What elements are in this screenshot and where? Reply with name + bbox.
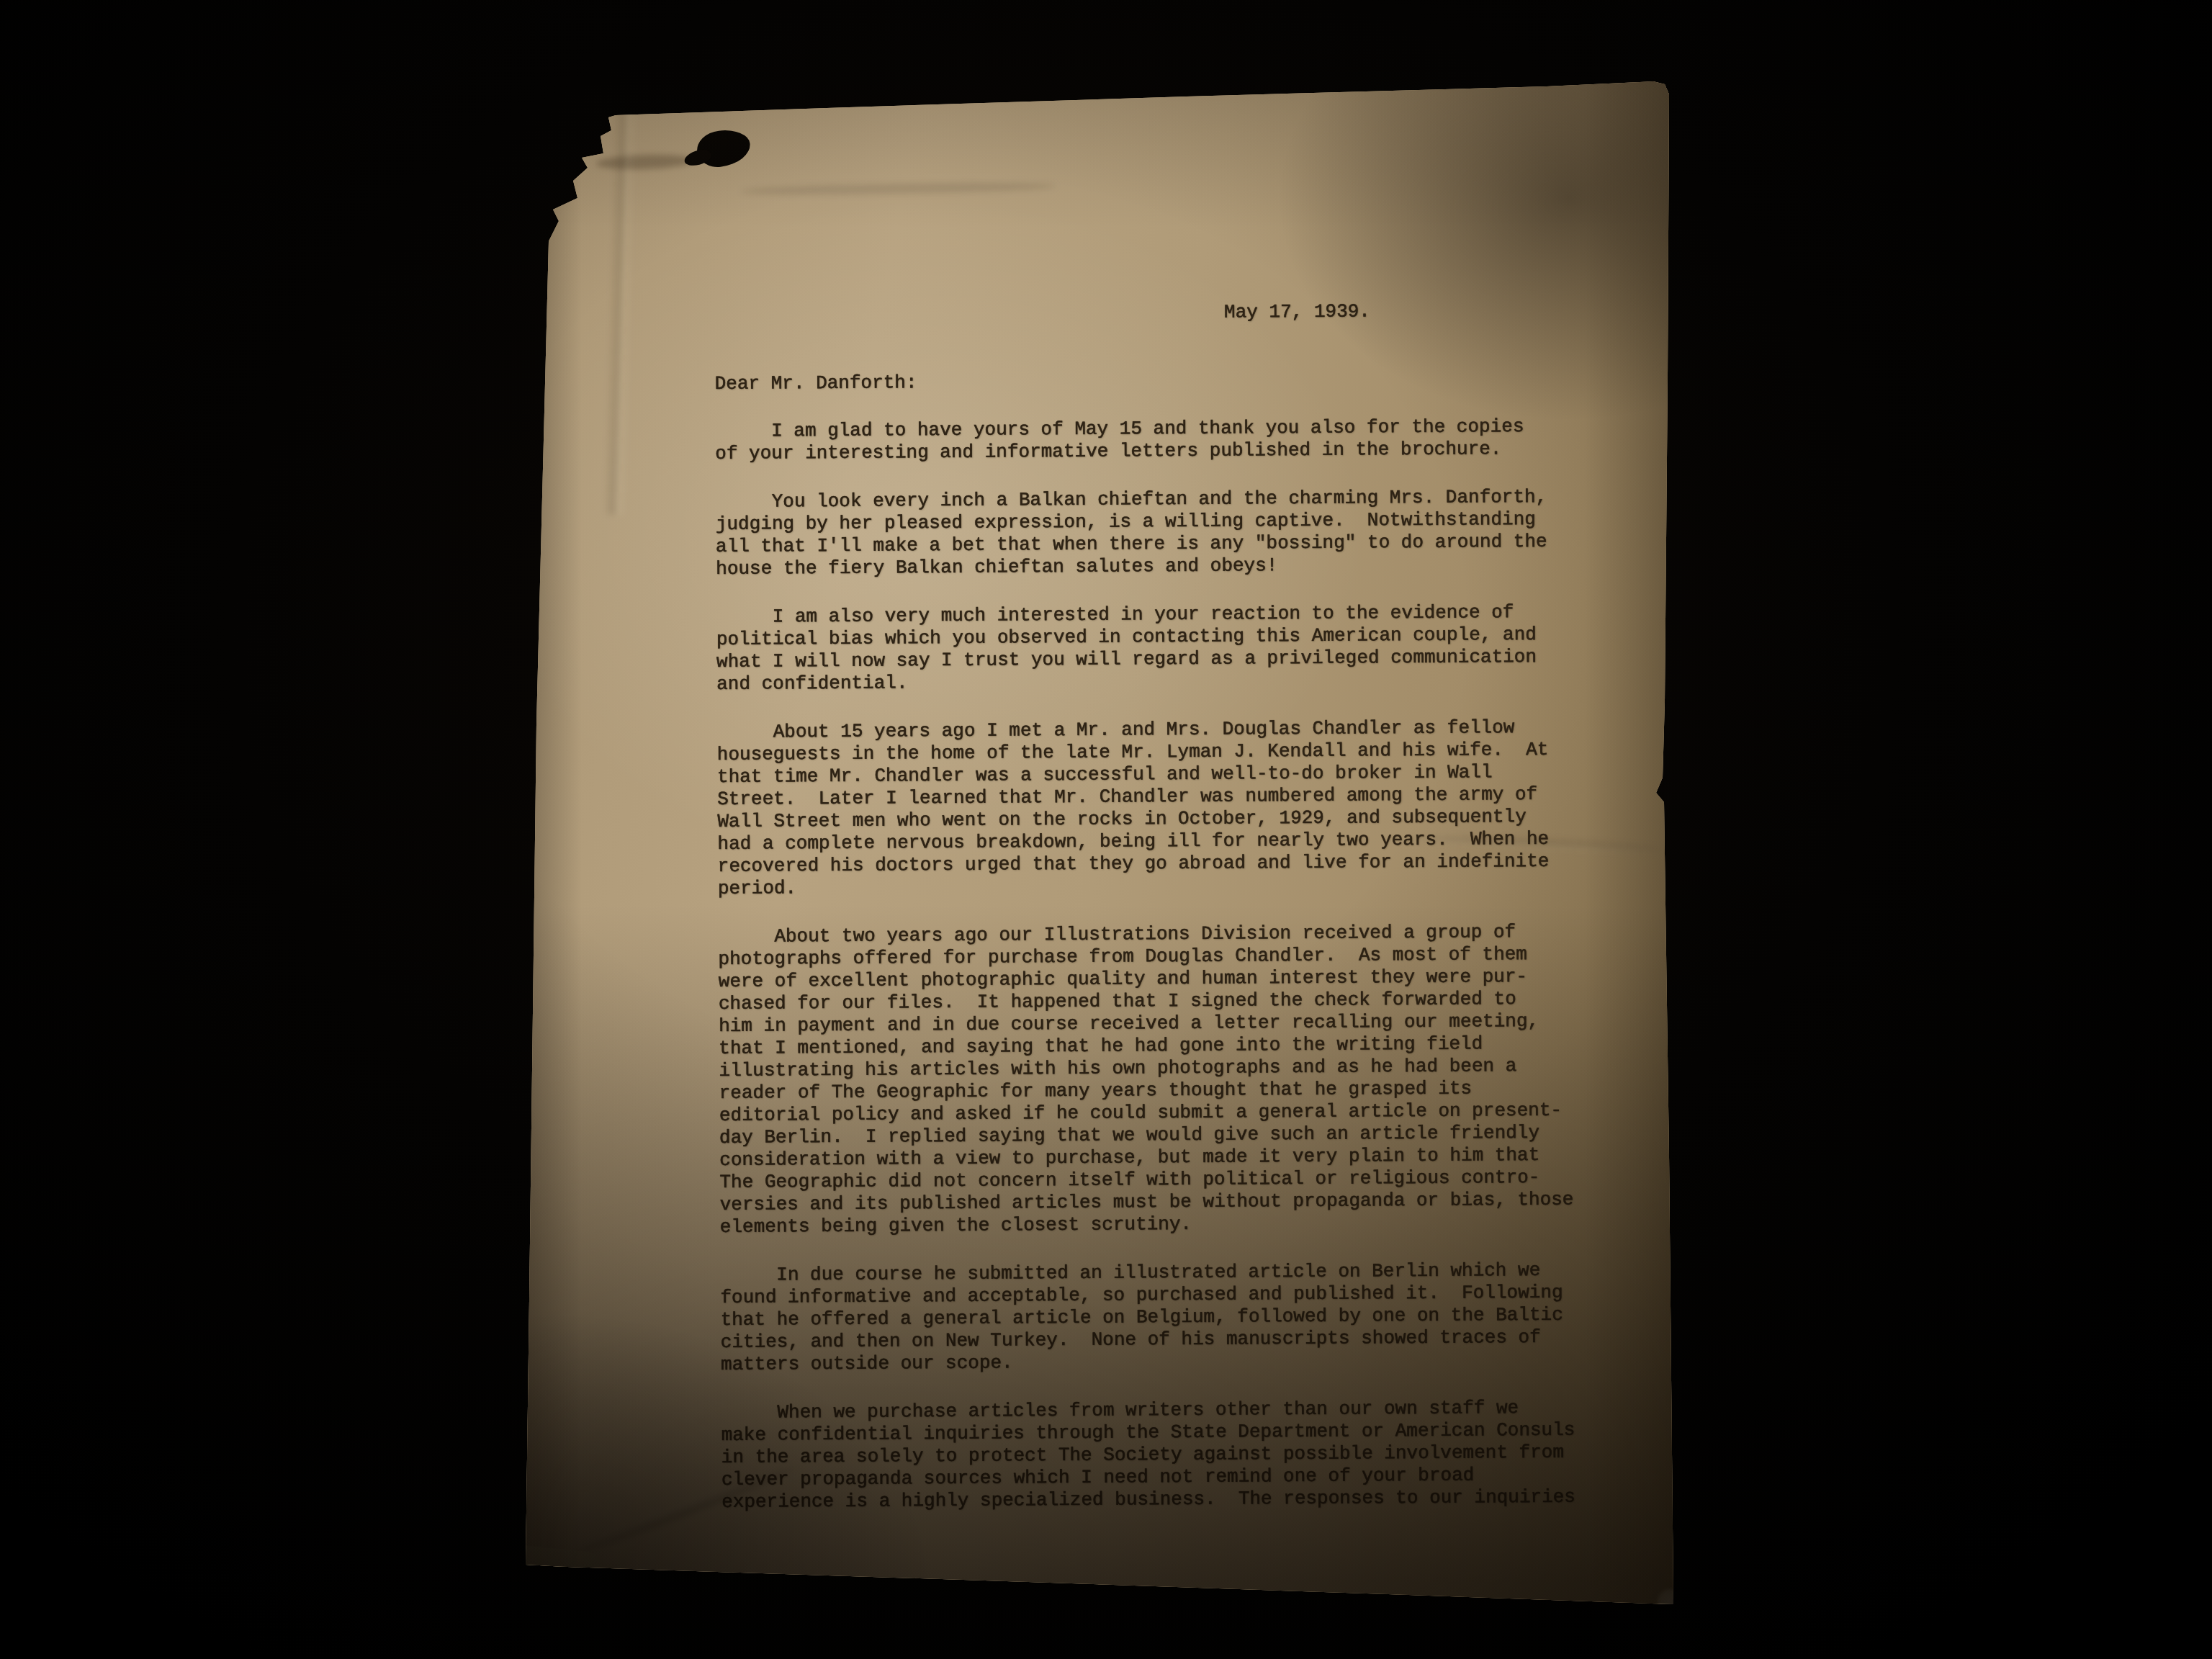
paragraph: When we purchase articles from writers o… bbox=[721, 1396, 1650, 1514]
photo-scene: May 17, 1939. Dear Mr. Danforth: I am gl… bbox=[0, 0, 2212, 1659]
ink-smudge bbox=[596, 153, 694, 171]
paper-crack bbox=[523, 73, 557, 98]
paper-crease bbox=[604, 112, 637, 516]
paragraph: I am glad to have yours of May 15 and th… bbox=[715, 415, 1644, 465]
typed-line: house the fiery Balkan chieftan salutes … bbox=[716, 552, 1645, 580]
typed-line: and confidential. bbox=[716, 667, 1645, 696]
letter-salutation: Dear Mr. Danforth: bbox=[715, 367, 1644, 395]
typed-line: elements being given the closest scrutin… bbox=[720, 1210, 1649, 1238]
typed-line: of your interesting and informative lett… bbox=[715, 437, 1644, 465]
letter-paragraphs: I am glad to have yours of May 15 and th… bbox=[715, 415, 1650, 1514]
paragraph: About two years ago our Illustrations Di… bbox=[718, 920, 1649, 1238]
letter-paper: May 17, 1939. Dear Mr. Danforth: I am gl… bbox=[524, 76, 1676, 1609]
corner-curl bbox=[1656, 1588, 1678, 1609]
typed-line: experience is a highly specialized busin… bbox=[721, 1485, 1650, 1514]
paragraph: I am also very much interested in your r… bbox=[716, 601, 1646, 696]
paragraph: You look every inch a Balkan chieftan an… bbox=[716, 485, 1645, 580]
paragraph: In due course he submitted an illustrate… bbox=[720, 1259, 1650, 1376]
typed-line: matters outside our scope. bbox=[721, 1348, 1650, 1376]
paper-crease bbox=[740, 181, 1057, 197]
letter-text: May 17, 1939. Dear Mr. Danforth: I am gl… bbox=[714, 299, 1650, 1539]
paragraph: About 15 years ago I met a Mr. and Mrs. … bbox=[717, 716, 1647, 900]
letter-date: May 17, 1939. bbox=[714, 299, 1643, 327]
corner-stain bbox=[524, 1543, 618, 1568]
